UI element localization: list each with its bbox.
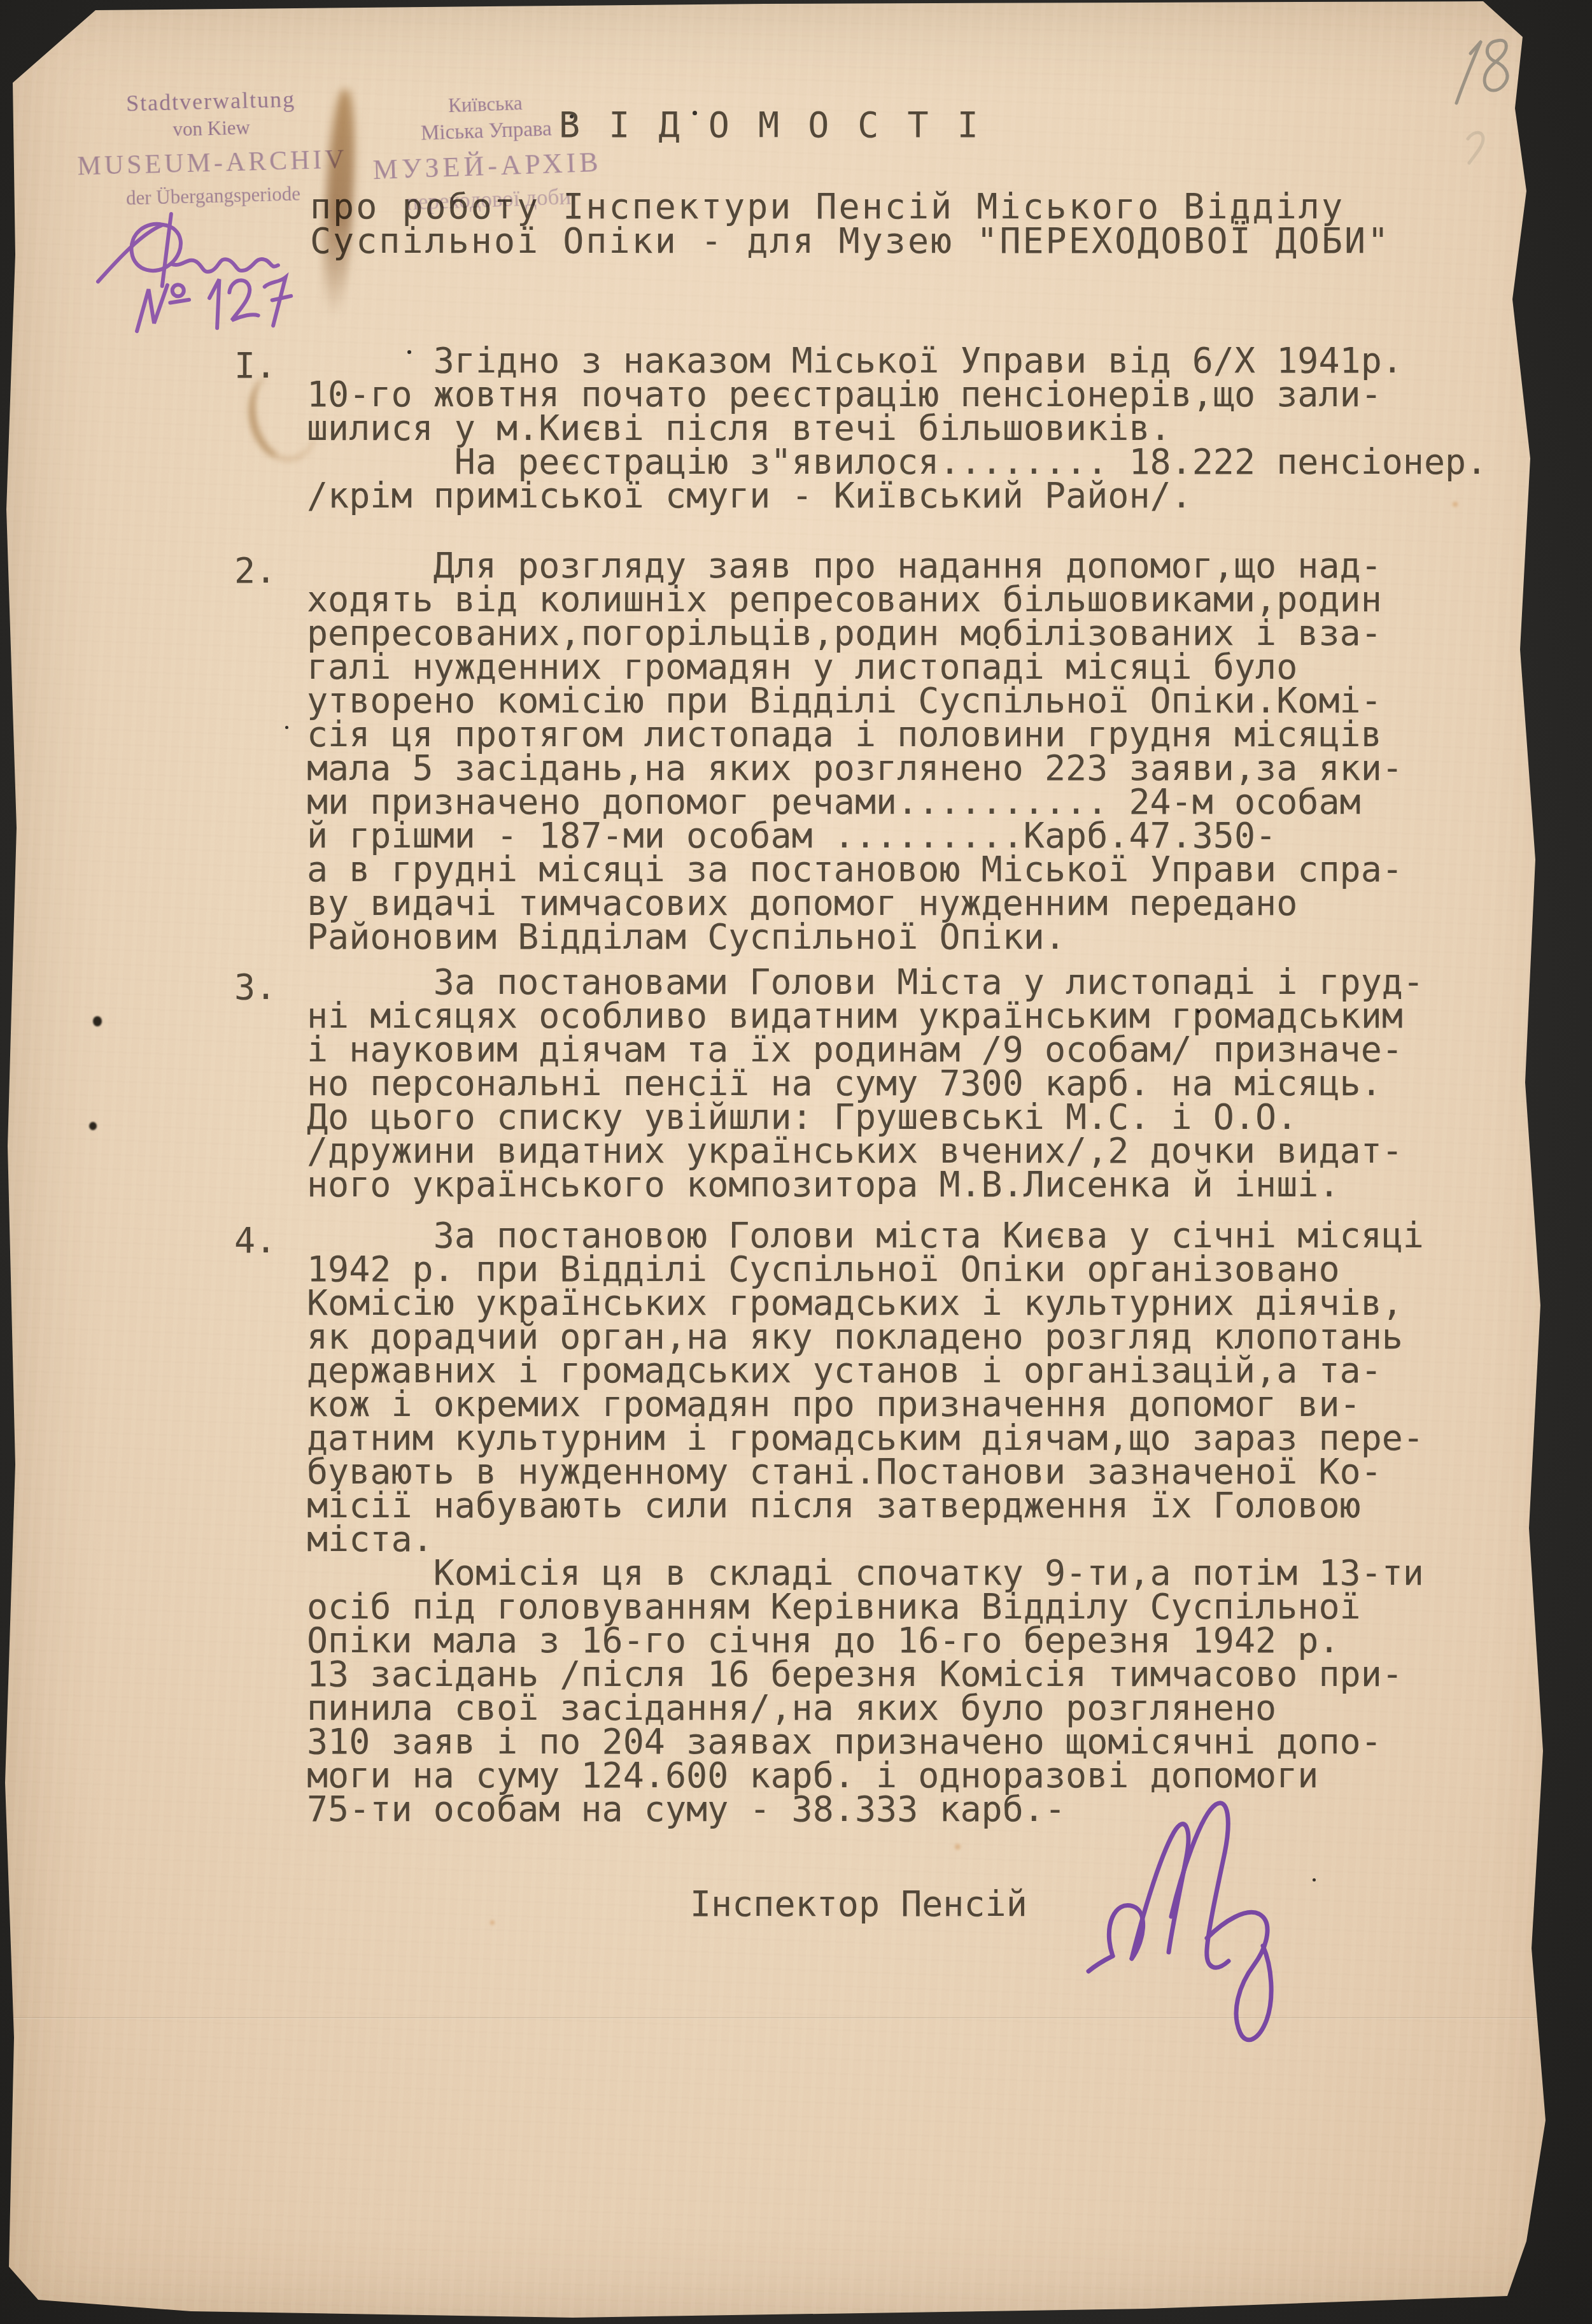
document-page: Stadtverwaltung von Kiew MUSEUM-ARCHIV d… <box>0 0 1592 2324</box>
handwriting-layer <box>0 0 1592 2324</box>
signature-stroke <box>1088 1803 1271 2040</box>
handwritten-fond-word <box>94 207 279 291</box>
handwritten-fond-number <box>133 273 293 337</box>
pencil-page-number <box>1456 40 1507 163</box>
scan-background: Stadtverwaltung von Kiew MUSEUM-ARCHIV d… <box>0 0 1592 2324</box>
